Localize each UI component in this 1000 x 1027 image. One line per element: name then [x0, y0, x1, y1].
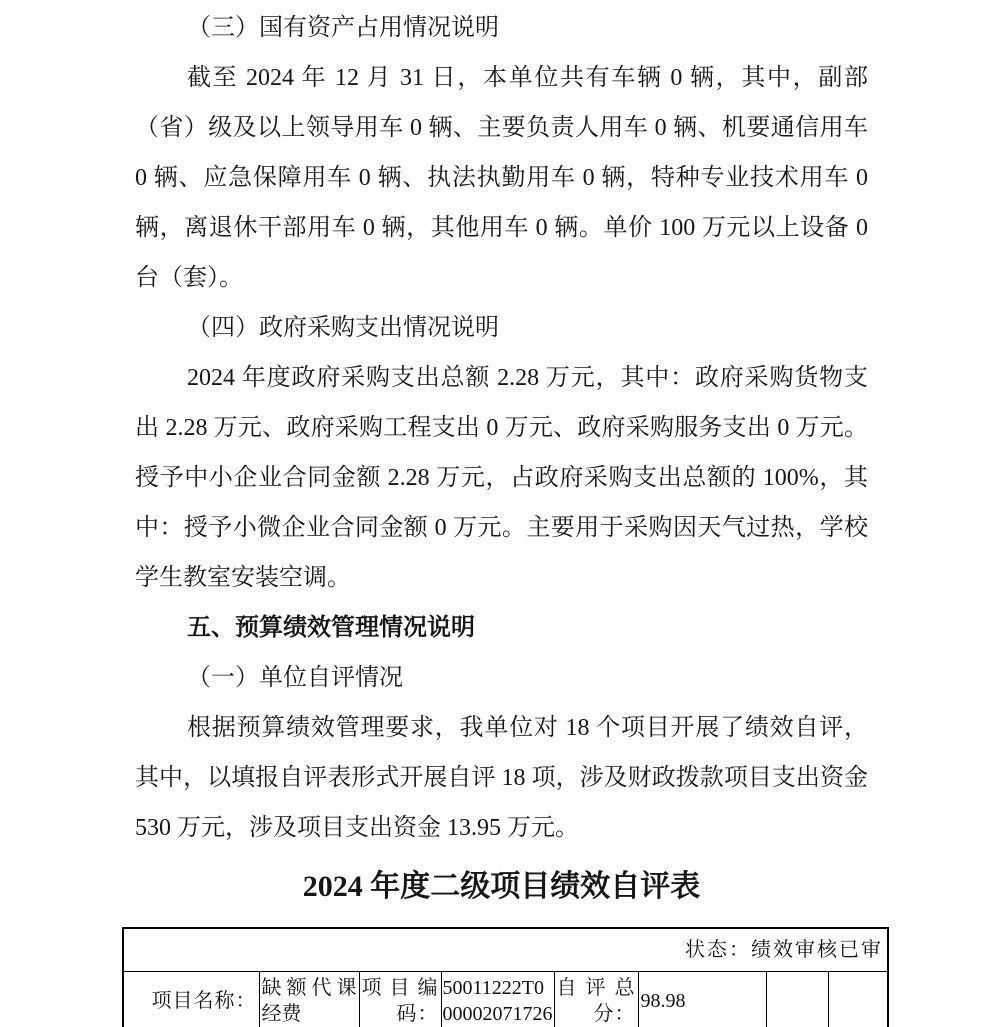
section-heading-performance: 五、预算绩效管理情况说明: [135, 603, 868, 653]
paragraph-selfeval: 根据预算绩效管理要求，我单位对 18 个项目开展了绩效自评，其中，以填报自评表形…: [135, 703, 868, 853]
self-eval-score-label: 自评总分：: [554, 972, 638, 1027]
empty-cell: [828, 972, 888, 1027]
project-code-label: 项目编码：: [359, 972, 441, 1027]
paragraph-procurement: 2024 年度政府采购支出总额 2.28 万元，其中：政府采购货物支出 2.28…: [135, 353, 868, 603]
self-eval-table-title: 2024 年度二级项目绩效自评表: [135, 863, 868, 911]
subsection-heading-selfeval: （一）单位自评情况: [135, 653, 868, 703]
review-status-text: 状态：绩效审核已审: [123, 928, 888, 972]
performance-self-eval-table: 状态：绩效审核已审 项目名称： 缺额代课经费 项目编码： 50011222T00…: [122, 927, 889, 1027]
paragraph-state-assets: 截至 2024 年 12 月 31 日，本单位共有车辆 0 辆，其中，副部（省）…: [135, 53, 868, 303]
project-name-value: 缺额代课经费: [259, 972, 359, 1027]
document-body: （三）国有资产占用情况说明 截至 2024 年 12 月 31 日，本单位共有车…: [135, 3, 868, 1027]
project-code-value: 50011222T000002071726: [441, 972, 554, 1027]
table-row: 项目名称： 缺额代课经费 项目编码： 50011222T000002071726…: [123, 972, 888, 1027]
empty-cell: [766, 972, 828, 1027]
section-heading-procurement: （四）政府采购支出情况说明: [135, 303, 868, 353]
project-name-label: 项目名称：: [123, 972, 259, 1027]
self-eval-score-value: 98.98: [638, 972, 766, 1027]
section-heading-state-assets: （三）国有资产占用情况说明: [135, 3, 868, 53]
table-status-row: 状态：绩效审核已审: [123, 928, 888, 972]
document-page: （三）国有资产占用情况说明 截至 2024 年 12 月 31 日，本单位共有车…: [0, 0, 1000, 1027]
